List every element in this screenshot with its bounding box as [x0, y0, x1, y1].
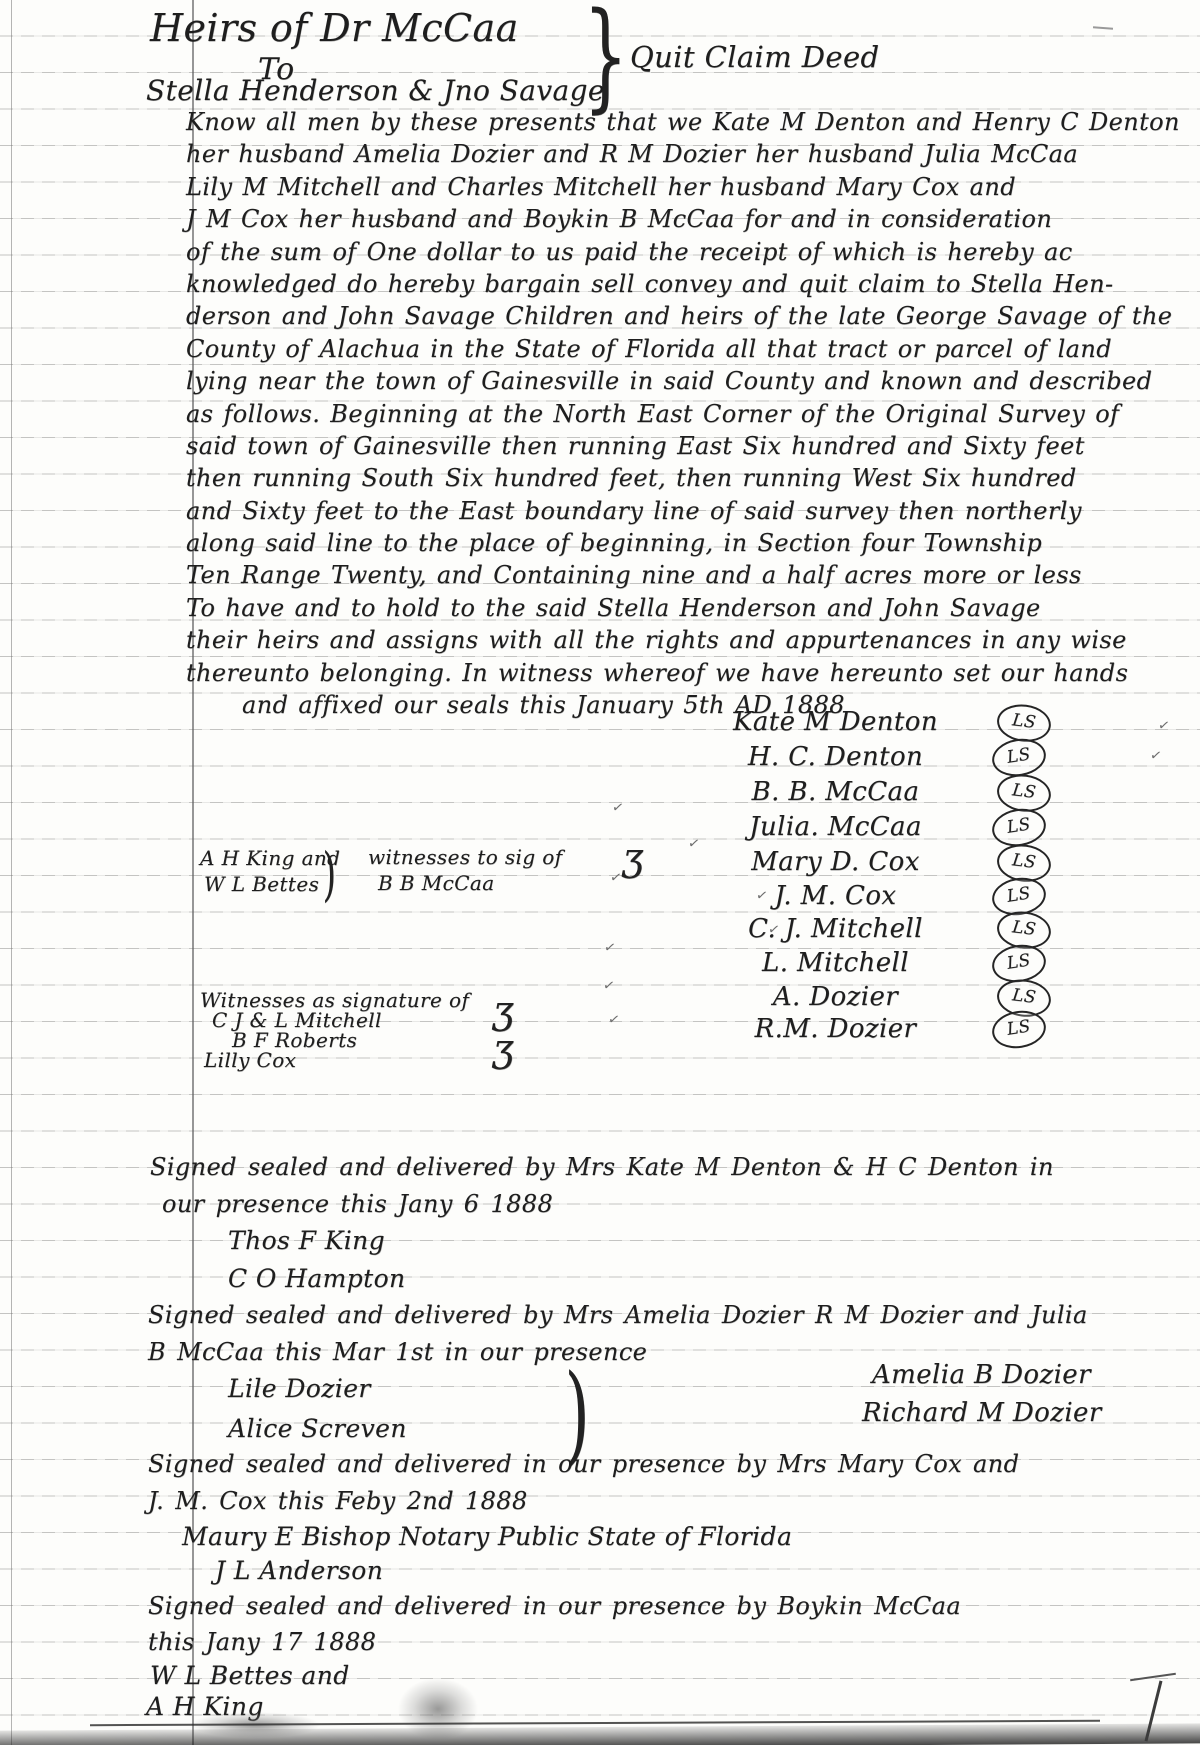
witness-name: W L Bettes [204, 872, 319, 896]
signature-row: R.M. Dozier LS [703, 1014, 1048, 1048]
attestation-line: Signed sealed and delivered by Mrs Ameli… [148, 1301, 1088, 1329]
brace-squiggle: ʒ [622, 842, 644, 872]
party-signature: Richard M Dozier [862, 1398, 1102, 1428]
party-signature: Amelia B Dozier [872, 1360, 1091, 1390]
witness-group-paren: ) [323, 840, 337, 908]
witness-note-text: witnesses to sig of [368, 845, 563, 869]
witness-name: A H King and [200, 846, 340, 870]
body-line: County of Alachua in the State of Florid… [186, 333, 1086, 365]
signature-name: C. J. Mitchell [703, 914, 968, 944]
body-line: Know all men by these presents that we K… [186, 106, 1086, 138]
brace-squiggle: ʒʒ [488, 988, 518, 1064]
body-line: derson and John Savage Children and heir… [186, 300, 1086, 332]
signature-name: A. Dozier [703, 982, 968, 1012]
body-line: Lily M Mitchell and Charles Mitchell her… [186, 171, 1086, 203]
seal-stamp: LS [989, 805, 1048, 850]
witness-signature: Lile Dozier [228, 1374, 371, 1403]
signature-row: H. C. Denton LS [703, 742, 1048, 776]
attestation-line: J. M. Cox this Feby 2nd 1888 [148, 1487, 528, 1515]
body-line: her husband Amelia Dozier and R M Dozier… [186, 138, 1086, 170]
attestation-line: our presence this Jany 6 1888 [162, 1190, 553, 1218]
left-edge-line [11, 0, 12, 1745]
attestation-line: Signed sealed and delivered by Mrs Kate … [150, 1153, 1054, 1181]
body-line: lying near the town of Gainesville in sa… [186, 365, 1086, 397]
signature-row: A. Dozier LS [703, 982, 1048, 1016]
attestation-line: Signed sealed and delivered in our prese… [148, 1592, 961, 1620]
deed-body-paragraph: Know all men by these presents that we K… [186, 106, 1086, 721]
witness-name: Lilly Cox [204, 1048, 296, 1072]
grantee-caption: Stella Henderson & Jno Savage [146, 74, 605, 107]
deed-ledger-page: Heirs of Dr McCaa To Stella Henderson & … [0, 0, 1200, 1745]
attestation-line: Signed sealed and delivered in our prese… [148, 1450, 1019, 1478]
body-line: along said line to the place of beginnin… [186, 527, 1086, 559]
signature-row: Kate M Denton LS [703, 707, 1048, 741]
body-line: knowledged do hereby bargain sell convey… [186, 268, 1086, 300]
notary-signature: Maury E Bishop Notary Public State of Fl… [182, 1522, 792, 1551]
signature-row: Mary D. Cox LS [703, 847, 1048, 881]
body-line: Ten Range Twenty, and Containing nine an… [186, 559, 1086, 591]
body-line: said town of Gainesville then running Ea… [186, 430, 1086, 462]
witness-signature: Alice Screven [228, 1414, 407, 1443]
body-line: To have and to hold to the said Stella H… [186, 592, 1086, 624]
signature-name: Julia. McCaa [703, 812, 968, 842]
body-line: thereunto belonging. In witness whereof … [186, 657, 1086, 689]
body-line: of the sum of One dollar to us paid the … [186, 236, 1086, 268]
body-line: J M Cox her husband and Boykin B McCaa f… [186, 203, 1086, 235]
body-line: then running South Six hundred feet, the… [186, 462, 1086, 494]
signature-name: J. M. Cox [703, 881, 968, 911]
witness-signature: Thos F King [228, 1226, 385, 1255]
witness-signature: W L Bettes and [150, 1661, 350, 1690]
body-line: their heirs and assigns with all the rig… [186, 624, 1086, 656]
body-line: and Sixty feet to the East boundary line… [186, 495, 1086, 527]
signature-name: H. C. Denton [703, 742, 968, 772]
signature-row: Julia. McCaa LS [703, 812, 1048, 846]
witness-note-text: B B McCaa [378, 871, 495, 895]
witness-signature: J L Anderson [215, 1556, 383, 1585]
attestation-line: this Jany 17 1888 [148, 1628, 376, 1656]
signature-row: B. B. McCaa LS [703, 777, 1048, 811]
seal-stamp: LS [989, 1007, 1048, 1052]
signature-name: B. B. McCaa [703, 777, 968, 807]
signature-row: L. Mitchell LS [703, 948, 1048, 982]
signature-name: Kate M Denton [703, 707, 968, 737]
signature-row: C. J. Mitchell LS [703, 914, 1048, 948]
instrument-title: Quit Claim Deed [630, 40, 879, 74]
signature-name: L. Mitchell [703, 948, 968, 978]
signature-name: R.M. Dozier [703, 1014, 968, 1044]
witness-signature: C O Hampton [228, 1264, 406, 1293]
body-line: as follows. Beginning at the North East … [186, 398, 1086, 430]
signature-name: Mary D. Cox [703, 847, 968, 877]
grantor-caption: Heirs of Dr McCaa [150, 6, 519, 50]
seal-stamp: LS [989, 735, 1048, 780]
